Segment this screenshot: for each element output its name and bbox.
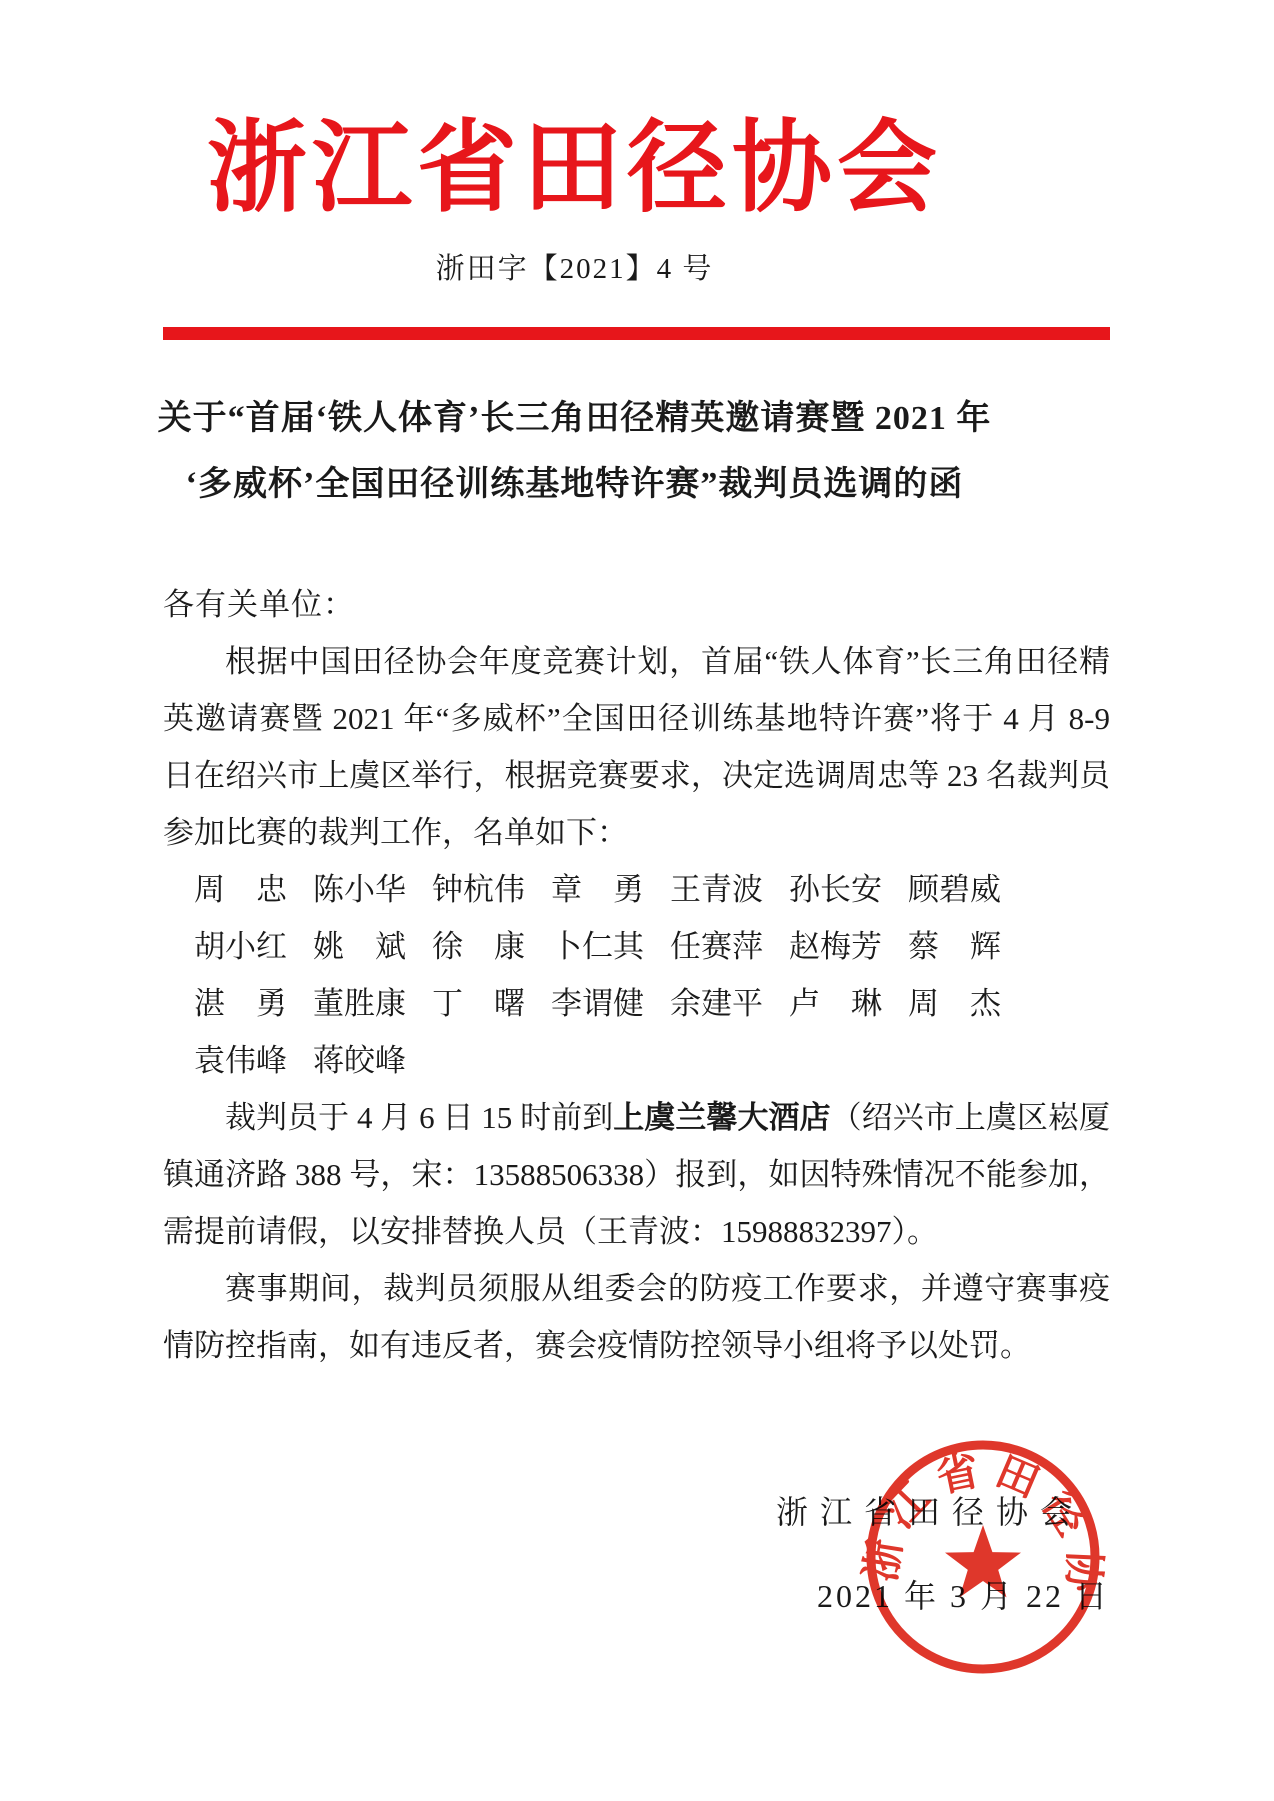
referee-name: 蔡 辉 (908, 918, 1001, 975)
referee-name: 赵梅芳 (789, 918, 882, 975)
referee-name: 余建平 (670, 975, 763, 1032)
letter-body: 各有关单位： 根据中国田径协会年度竞赛计划，首届“铁人体育”长三角田径精英邀请赛… (163, 576, 1110, 1374)
document-page: 浙江省田径协会 浙田字【2021】4 号 关于“首届‘铁人体育’长三角田径精英邀… (0, 0, 1274, 1801)
name-row: 周 忠 陈小华 钟杭伟 章 勇 王青波 孙长安 顾碧威 (194, 861, 1110, 918)
subject-title-line2: ‘多威杯’全国田径训练基地特许赛”裁判员选调的函 (101, 452, 1048, 518)
referee-name: 顾碧威 (908, 861, 1001, 918)
subject-title-line1: 关于“首届‘铁人体育’长三角田径精英邀请赛暨 2021 年 (101, 386, 1048, 452)
referee-name: 袁伟峰 (194, 1032, 287, 1089)
official-seal: 浙江省田径协会 (853, 1427, 1113, 1687)
name-row: 胡小红 姚 斌 徐 康 卜仁其 任赛萍 赵梅芳 蔡 辉 (194, 918, 1110, 975)
referee-name: 卢 琳 (789, 975, 882, 1032)
referee-name: 周 忠 (194, 861, 287, 918)
referee-name-list: 周 忠 陈小华 钟杭伟 章 勇 王青波 孙长安 顾碧威 胡小红 姚 斌 徐 康 … (163, 861, 1110, 1089)
referee-name: 钟杭伟 (432, 861, 525, 918)
name-row: 袁伟峰 蒋皎峰 (194, 1032, 1110, 1089)
referee-name: 徐 康 (432, 918, 525, 975)
referee-name: 卜仁其 (551, 918, 644, 975)
referee-name: 胡小红 (194, 918, 287, 975)
referee-name: 湛 勇 (194, 975, 287, 1032)
name-row: 湛 勇 董胜康 丁 曙 李谓健 余建平 卢 琳 周 杰 (194, 975, 1110, 1032)
referee-name: 周 杰 (908, 975, 1001, 1032)
subject-title: 关于“首届‘铁人体育’长三角田径精英邀请赛暨 2021 年 ‘多威杯’全国田径训… (101, 386, 1048, 518)
checkin-text-pre: 裁判员于 4 月 6 日 15 时前到 (225, 1100, 613, 1135)
paragraph-intro: 根据中国田径协会年度竞赛计划，首届“铁人体育”长三角田径精英邀请赛暨 2021 … (163, 633, 1110, 861)
referee-name: 李谓健 (551, 975, 644, 1032)
org-banner-title: 浙江省田径协会 (101, 104, 1048, 234)
referee-name: 丁 曙 (432, 975, 525, 1032)
referee-name: 任赛萍 (670, 918, 763, 975)
referee-name: 董胜康 (313, 975, 406, 1032)
referee-name: 孙长安 (789, 861, 882, 918)
seal-star-icon (945, 1525, 1021, 1597)
paragraph-covid: 赛事期间，裁判员须服从组委会的防疫工作要求，并遵守赛事疫情防控指南，如有违反者，… (163, 1260, 1110, 1374)
red-divider-bar (163, 327, 1110, 340)
salutation: 各有关单位： (163, 576, 1110, 633)
referee-name: 陈小华 (313, 861, 406, 918)
referee-name: 章 勇 (551, 861, 644, 918)
referee-name: 王青波 (670, 861, 763, 918)
referee-name: 蒋皎峰 (313, 1032, 406, 1089)
paragraph-checkin: 裁判员于 4 月 6 日 15 时前到上虞兰馨大酒店（绍兴市上虞区崧厦镇通济路 … (163, 1089, 1110, 1260)
referee-name: 姚 斌 (313, 918, 406, 975)
doc-number: 浙田字【2021】4 号 (101, 246, 1048, 287)
hotel-name: 上虞兰馨大酒店 (613, 1100, 830, 1135)
